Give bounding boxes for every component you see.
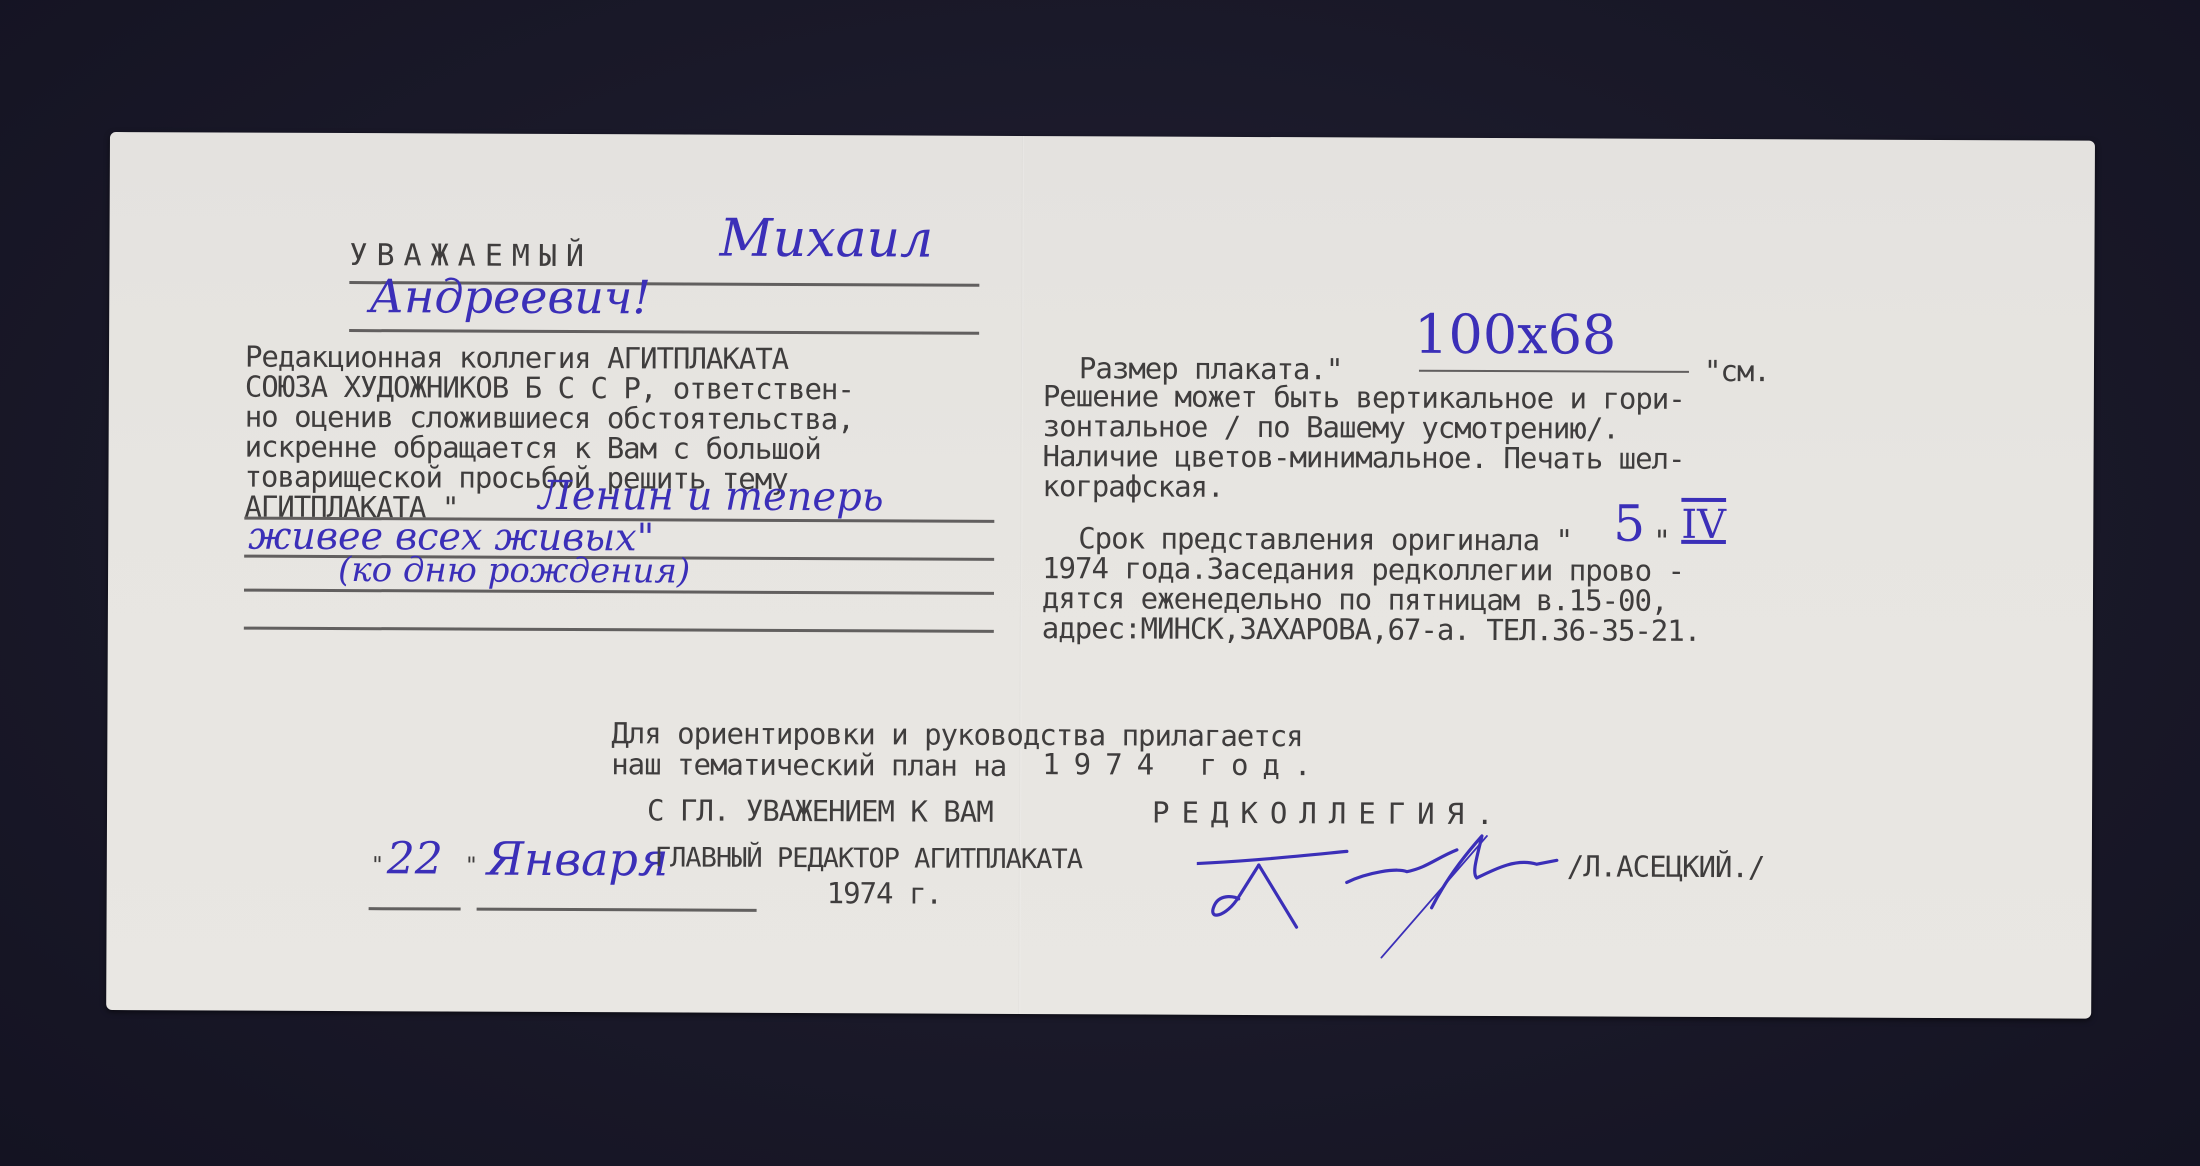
letter-sheet: УВАЖАЕМЫЙ Михаил Андреевич! Редакционная… [106,132,2095,1019]
right-line: кографская. [1042,472,1223,502]
signature-icon [1196,827,1597,969]
left-column: Редакционная коллегия АГИТПЛАКАТА СОЮЗА … [110,132,2095,141]
right-column: Размер плаката." 100x68 "см. Решение мож… [110,132,2095,141]
fold-line [1018,136,1024,1014]
deadline-month: IV [1681,505,1726,545]
date-year: 1974 г. [827,879,942,909]
theme-line-1: Ленин и теперь [538,476,883,518]
date-day-rule [369,907,461,910]
footer: " 22 " Января ГЛАВНЫЙ РЕДАКТОР АГИТПЛАКА… [110,132,2095,141]
date-quote-sep: " [465,856,477,878]
board-signoff: РЕДКОЛЛЕГИЯ. [1152,799,1506,830]
size-value: 100x68 [1414,308,1616,363]
date-quote-open: " [371,855,383,877]
center-line-1: Для ориентировки и руководства прилагает… [611,719,1302,751]
editor-title: ГЛАВНЫЙ РЕДАКТОР АГИТПЛАКАТА [655,844,1082,873]
salutation-rule-2 [349,329,979,335]
salutation-patronymic: Андреевич! [369,273,651,320]
center-block: Для ориентировки и руководства прилагает… [110,132,2095,141]
date-day: 22 [387,837,443,881]
salutation-typed: УВАЖАЕМЫЙ [349,241,593,272]
deadline-day: 5 [1613,499,1645,549]
date-month: Января [487,836,669,883]
regards-line: С ГЛ. УВАЖЕНИЕМ К ВАМ [647,796,993,827]
date-month-rule [477,908,757,912]
theme-rule-4 [244,627,994,633]
theme-line-3: (ко дню рождения) [338,553,690,589]
salutation-first-name: Михаил [719,213,933,266]
theme-rule-3 [244,589,994,595]
photo-background: УВАЖАЕМЫЙ Михаил Андреевич! Редакционная… [0,0,2200,1166]
deadline-line: адрес:МИНСК,ЗАХАРОВА,67-а. ТЕЛ.36-35-21. [1042,614,1701,646]
center-line-2: наш тематический план на [611,750,1006,781]
size-rule [1419,370,1689,373]
deadline-sep: " [1653,527,1670,556]
center-year: 1974 год. [1042,750,1325,780]
size-unit: "см. [1704,357,1770,386]
